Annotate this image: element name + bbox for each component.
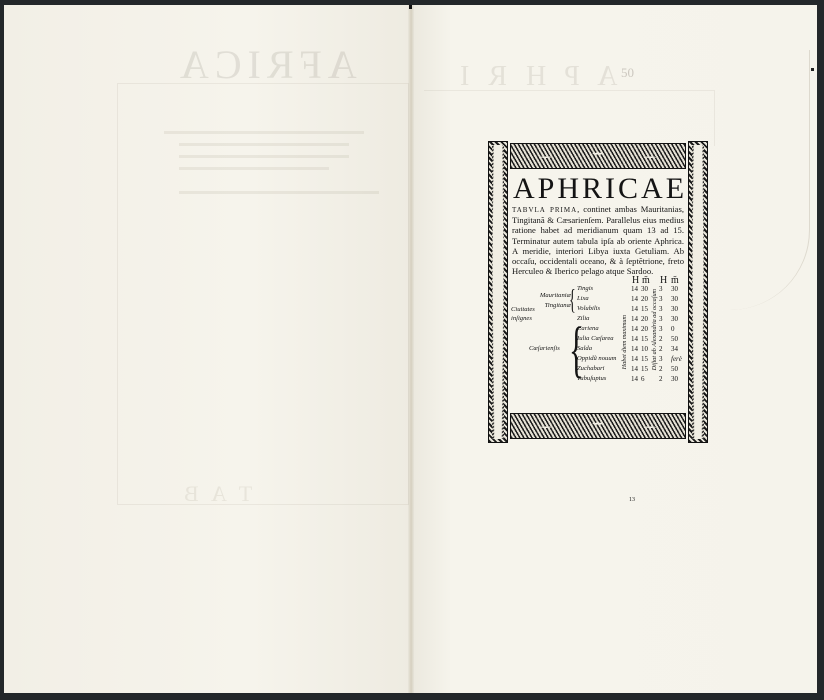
city-name: Zilia — [577, 315, 589, 322]
city-name: Tingis — [577, 285, 593, 292]
distance-minutes: 30 — [671, 305, 678, 313]
distance-minutes: 30 — [671, 285, 678, 293]
table-row: Tingis1430330 — [511, 285, 685, 295]
fold-mark — [409, 5, 412, 9]
distance-minutes: 30 — [671, 375, 678, 383]
show-through-frame-right — [424, 90, 715, 146]
distance-hours: 3 — [659, 355, 663, 363]
plate-description-text: , continet ambas Mauritanias, Tingitanã … — [512, 204, 684, 276]
day-hours: 14 — [631, 375, 638, 383]
distance-minutes: 50 — [671, 335, 678, 343]
plate-title: APHRICAE — [513, 174, 685, 204]
city-name: Volubilis — [577, 305, 600, 312]
distance-hours: 3 — [659, 305, 663, 313]
day-hours: 14 — [631, 295, 638, 303]
show-through-line — [179, 191, 379, 194]
day-hours: 14 — [631, 285, 638, 293]
distance-minutes: 30 — [671, 315, 678, 323]
ornamental-band-top — [510, 143, 686, 169]
plate-text: APHRICAE TABVLA PRIMA, continet ambas Ma… — [511, 171, 685, 411]
table-row: Zuchabari1415250 — [511, 365, 685, 375]
day-hours: 14 — [631, 345, 638, 353]
cities-table: H m̃ H m̃ Ciuitates inſignes Mauritaniæ … — [511, 275, 685, 403]
center-fold — [408, 5, 414, 693]
table-row: Lixa1420330 — [511, 295, 685, 305]
table-row: Tubuſuptus146230 — [511, 375, 685, 385]
day-hours: 14 — [631, 365, 638, 373]
city-name: Zuchabari — [577, 365, 604, 372]
city-name: Lixa — [577, 295, 589, 302]
day-minutes: 30 — [641, 285, 648, 293]
plate-description: TABVLA PRIMA, continet ambas Mauritanias… — [512, 204, 684, 276]
distance-hours: 3 — [659, 315, 663, 323]
city-name: Oppidũ nouum — [577, 355, 616, 362]
day-minutes: 10 — [641, 345, 648, 353]
table-row: Cariena142030 — [511, 325, 685, 335]
distance-minutes: ferè — [671, 355, 682, 363]
distance-hours: 3 — [659, 285, 663, 293]
show-through-frame — [117, 83, 409, 505]
woodcut-frame: APHRICAE TABVLA PRIMA, continet ambas Ma… — [488, 141, 708, 443]
show-through-title: AFRICA — [174, 41, 357, 88]
table-row: Zilia1420330 — [511, 315, 685, 325]
show-through-title-right: A P H R I — [454, 61, 617, 93]
distance-hours: 2 — [659, 365, 663, 373]
table-row: Volubilis1415330 — [511, 305, 685, 315]
day-minutes: 6 — [641, 375, 645, 383]
day-hours: 14 — [631, 355, 638, 363]
day-hours: 14 — [631, 335, 638, 343]
show-through-page-number: 50 — [621, 65, 634, 81]
vertical-label-distance: Diſtat ab Alexandria ad occaſum — [651, 289, 658, 370]
table-row: Salda1410234 — [511, 345, 685, 355]
distance-minutes: 50 — [671, 365, 678, 373]
city-name: Salda — [577, 345, 592, 352]
distance-hours: 3 — [659, 295, 663, 303]
city-name: Tubuſuptus — [577, 375, 606, 382]
ornamental-column-left — [488, 141, 508, 443]
table-row: Iulia Cæſarea1415250 — [511, 335, 685, 345]
day-hours: 14 — [631, 305, 638, 313]
paper-crease — [729, 50, 810, 310]
distance-hours: 3 — [659, 325, 663, 333]
day-minutes: 15 — [641, 335, 648, 343]
distance-minutes: 0 — [671, 325, 675, 333]
day-minutes: 15 — [641, 305, 648, 313]
day-minutes: 20 — [641, 325, 648, 333]
show-through-bottom: T A B — [180, 481, 252, 507]
show-through-line — [179, 167, 329, 170]
day-minutes: 20 — [641, 315, 648, 323]
folio-number: 13 — [629, 497, 635, 503]
show-through-line — [179, 155, 349, 158]
distance-minutes: 30 — [671, 295, 678, 303]
city-name: Iulia Cæſarea — [577, 335, 614, 342]
vertical-label-max-day: Habet diem maximum — [621, 315, 628, 369]
ornamental-band-bottom — [510, 413, 686, 439]
distance-hours: 2 — [659, 375, 663, 383]
show-through-line — [164, 131, 364, 134]
ornamental-column-right — [688, 141, 708, 443]
plate-subtitle: TABVLA PRIMA — [512, 206, 577, 214]
distance-hours: 2 — [659, 345, 663, 353]
day-minutes: 20 — [641, 295, 648, 303]
day-hours: 14 — [631, 325, 638, 333]
day-hours: 14 — [631, 315, 638, 323]
distance-hours: 2 — [659, 335, 663, 343]
distance-minutes: 34 — [671, 345, 678, 353]
left-page: AFRICA T A B — [4, 5, 411, 693]
table-row: Oppidũ nouum14153ferè — [511, 355, 685, 365]
day-minutes: 15 — [641, 355, 648, 363]
show-through-line — [179, 143, 349, 146]
city-name: Cariena — [577, 325, 599, 332]
edge-mark — [811, 68, 814, 71]
day-minutes: 15 — [641, 365, 648, 373]
